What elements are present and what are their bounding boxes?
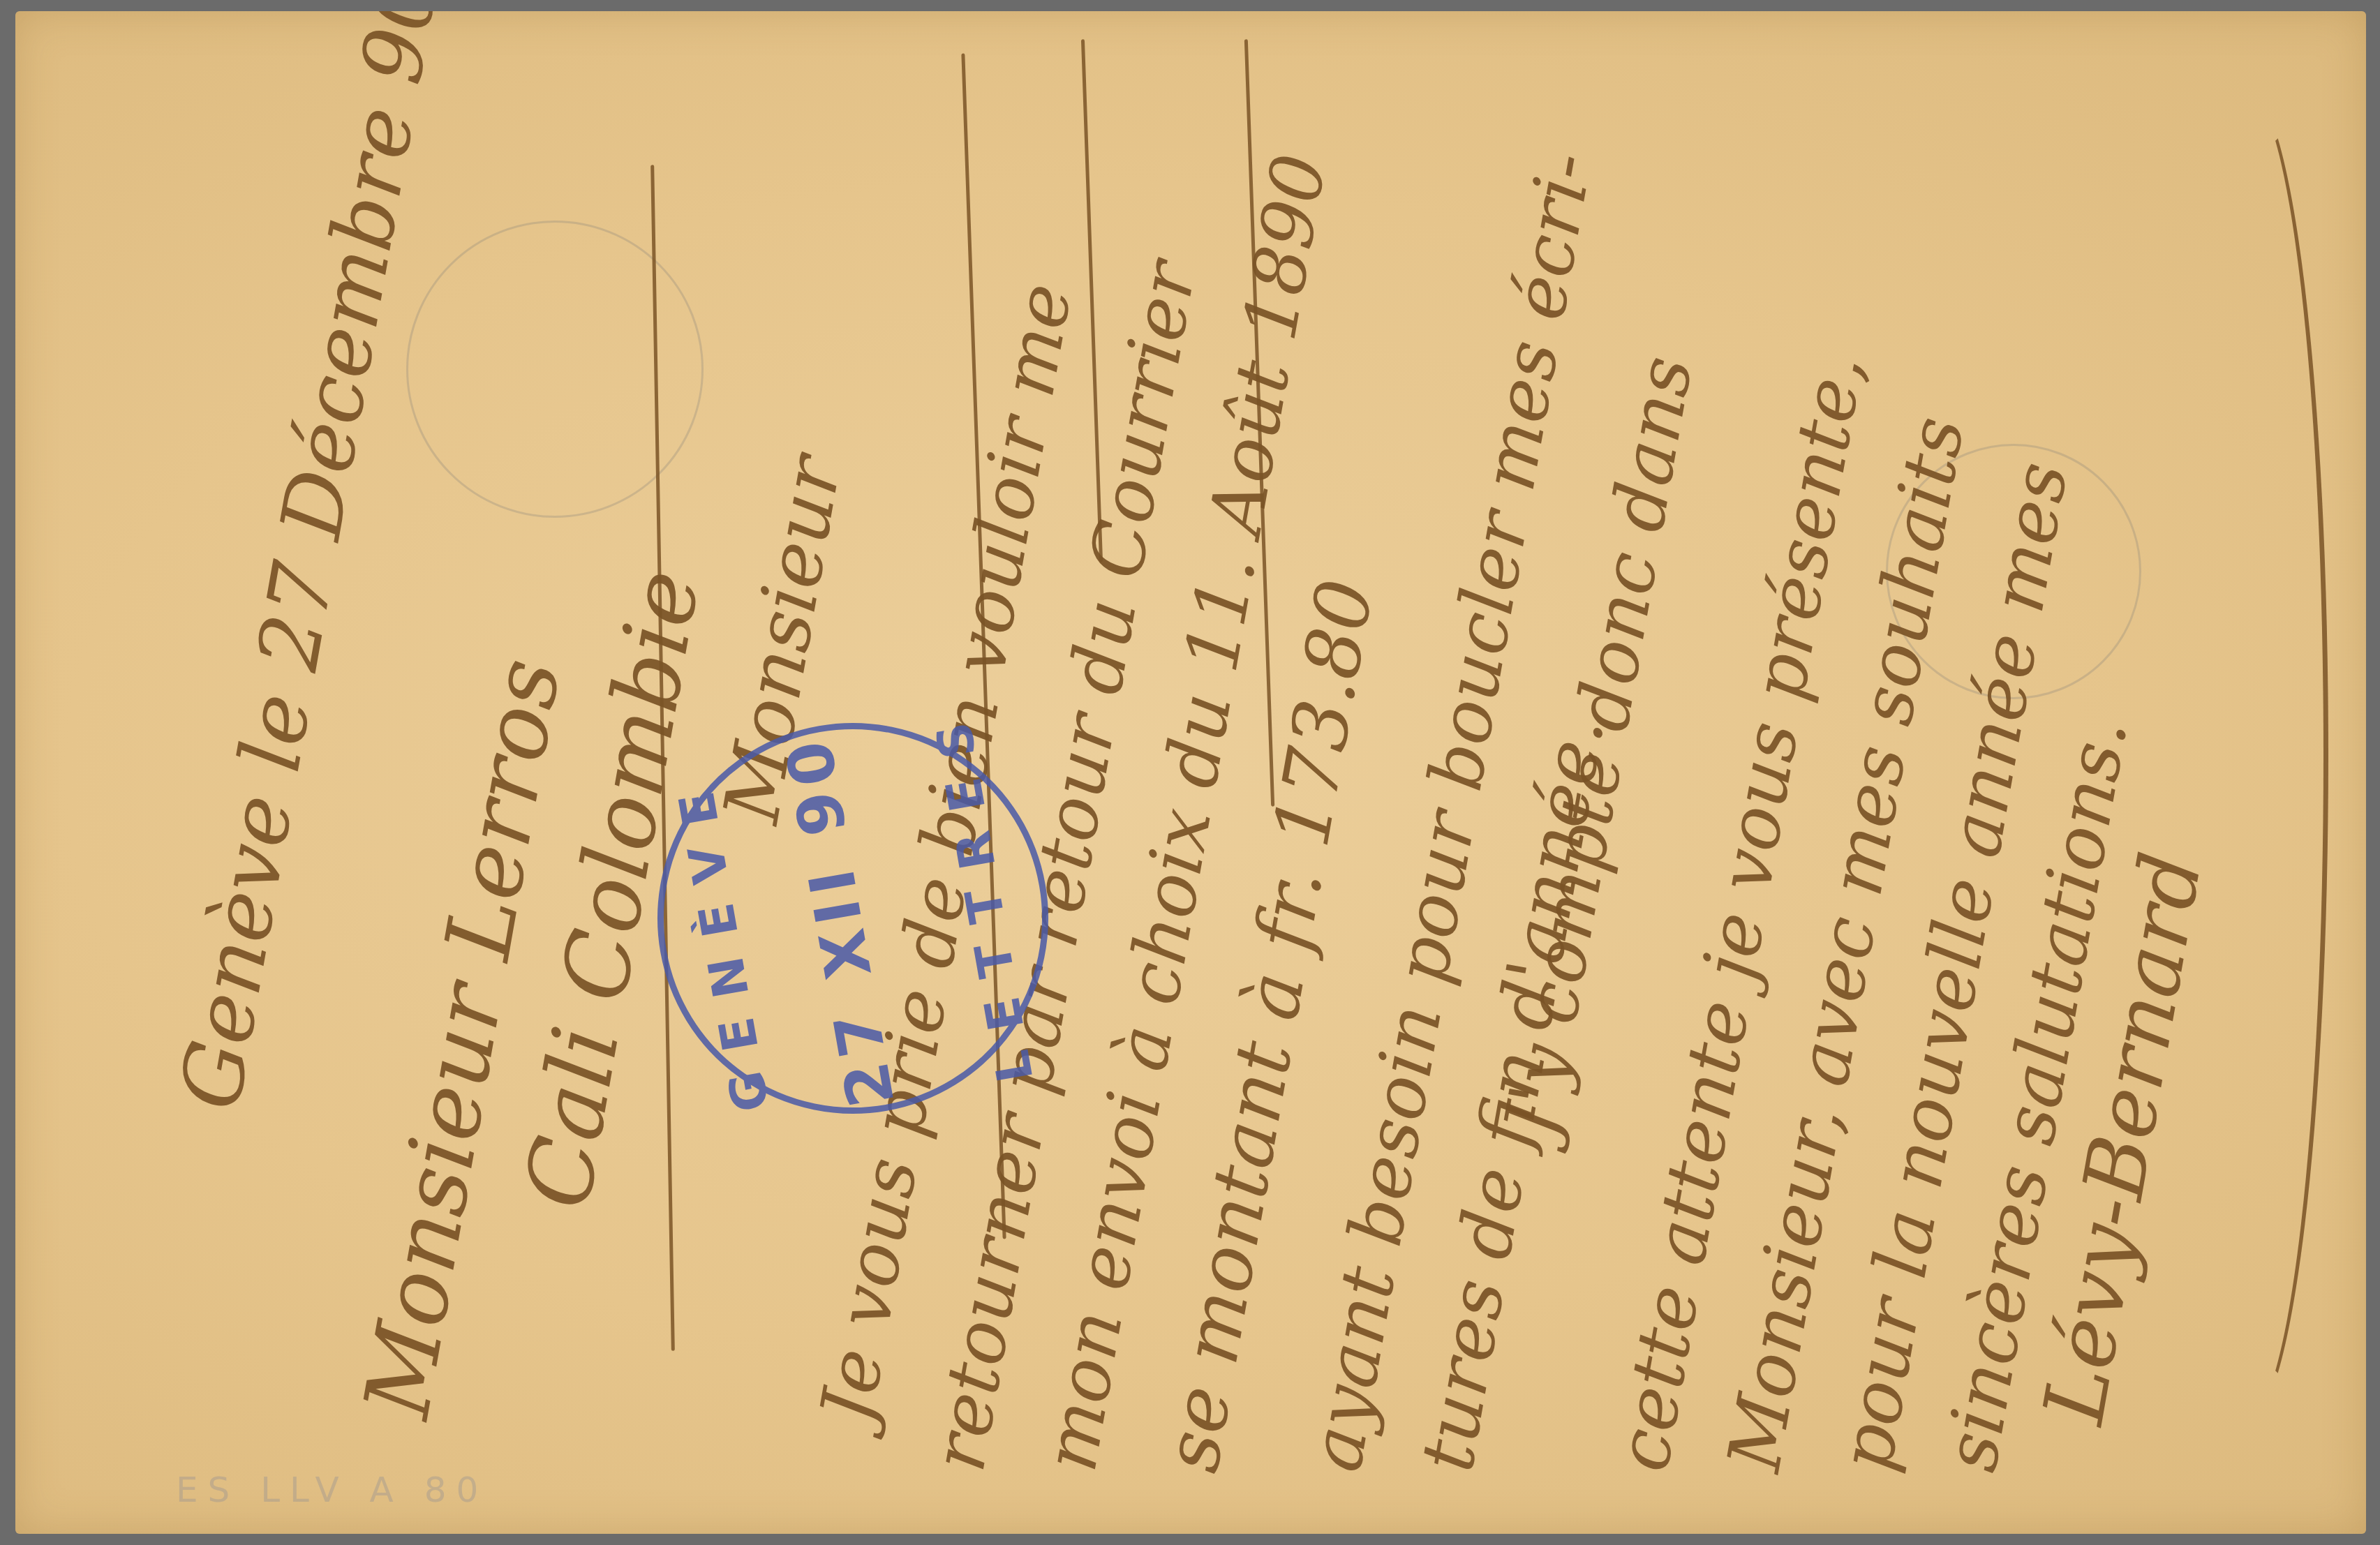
postcard: Genève le 27 Décembre 90 Monsieur Lerros… — [15, 11, 2366, 1534]
pencil-note: ES LLV A 80 — [176, 1470, 488, 1510]
postmark: GENÈVE 27 XII 90 LETTRES — [627, 692, 1080, 1145]
postmark-top-text: GENÈVE — [661, 750, 783, 1133]
date-line: Genève le 27 Décembre 90 — [162, 11, 457, 1117]
postmark-bottom-text: LETTRES — [923, 704, 1045, 1087]
postmark-date: 27 XII 90 — [771, 728, 909, 1113]
signature-flourish — [2165, 88, 2328, 1424]
